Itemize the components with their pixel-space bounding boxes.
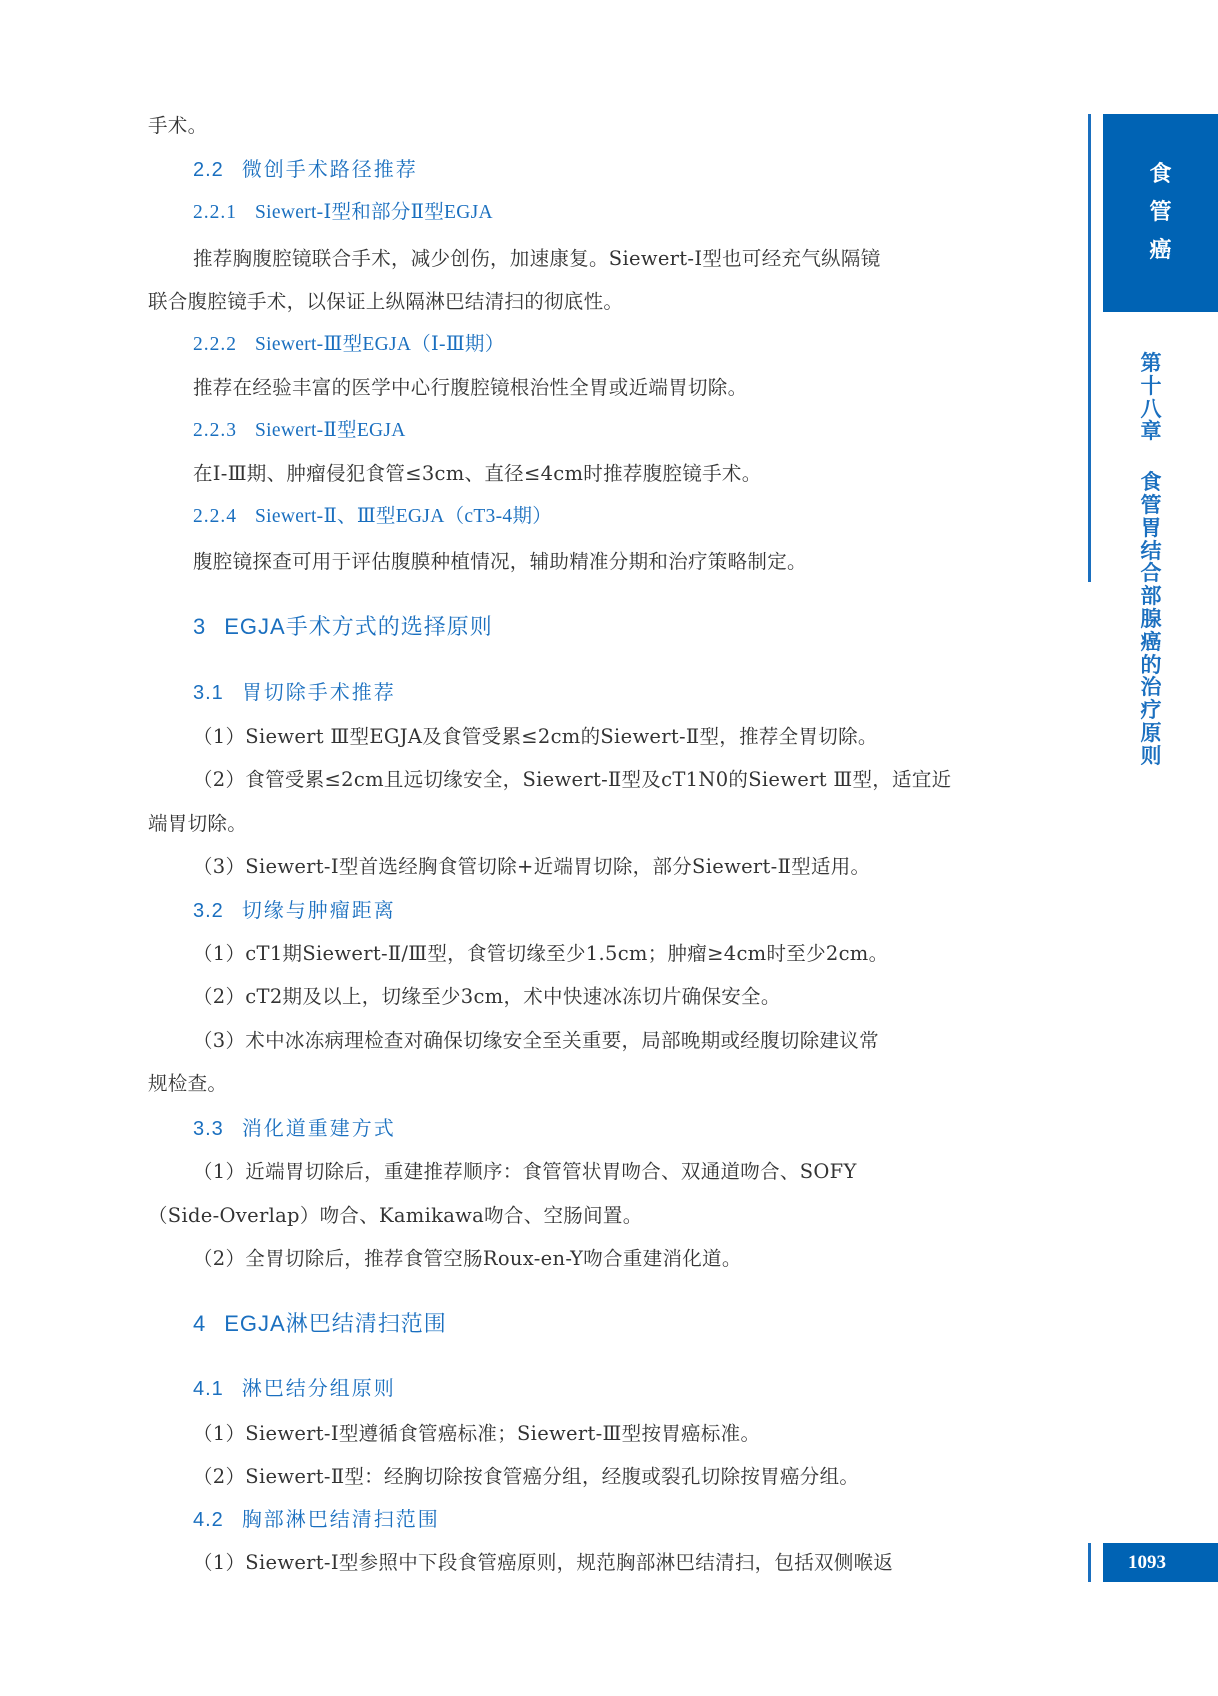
heading-number: 3.1	[193, 680, 224, 706]
text-line: （1）Siewert-Ⅰ型遵循食管癌标准；Siewert-Ⅲ型按胃癌标准。	[193, 1422, 760, 1445]
text-line: 腹腔镜探查可用于评估腹膜种植情况，辅助精准分期和治疗策略制定。	[193, 550, 807, 573]
subsection-heading: 4.2胸部淋巴结清扫范围	[193, 1507, 1018, 1533]
list-item: （1）cT1期Siewert-Ⅱ/Ⅲ型，食管切缘至少1.5cm；肿瘤≥4cm时至…	[193, 941, 1018, 967]
book-page: 手术。 2.2微创手术路径推荐 2.2.1Siewert-Ⅰ型和部分Ⅱ型EGJA…	[0, 0, 1218, 1696]
heading-number: 3.3	[193, 1116, 224, 1142]
subsubsection-heading: 2.2.2Siewert-Ⅲ型EGJA（Ⅰ-Ⅲ期）	[193, 332, 1018, 358]
heading-text: Siewert-Ⅱ型EGJA	[255, 420, 406, 441]
chapter-label-char: 章	[1135, 420, 1167, 443]
list-item: （1）Siewert-Ⅰ型遵循食管癌标准；Siewert-Ⅲ型按胃癌标准。	[193, 1421, 1018, 1447]
text-line: 联合腹腔镜手术，以保证上纵隔淋巴结清扫的彻底性。	[148, 290, 623, 313]
chapter-label-char: 八	[1135, 398, 1167, 421]
heading-number: 3	[193, 614, 206, 640]
chapter-title-char: 合	[1135, 562, 1167, 585]
text-line: （1）Siewert-Ⅰ型参照中下段食管癌原则，规范胸部淋巴结清扫，包括双侧喉返	[193, 1551, 893, 1574]
list-item: （3）Siewert-Ⅰ型首选经胸食管切除+近端胃切除，部分Siewert-Ⅱ型…	[193, 854, 1018, 880]
text-line: （3）术中冰冻病理检查对确保切缘安全至关重要，局部晚期或经腹切除建议常	[193, 1029, 879, 1052]
chapter-title-char: 管	[1135, 494, 1167, 517]
heading-text: Siewert-Ⅰ型和部分Ⅱ型EGJA	[255, 202, 493, 223]
text-line: （1）cT1期Siewert-Ⅱ/Ⅲ型，食管切缘至少1.5cm；肿瘤≥4cm时至…	[193, 942, 888, 965]
heading-text: Siewert-Ⅲ型EGJA（Ⅰ-Ⅲ期）	[255, 334, 505, 355]
chapter-thumb-tab: 食 管 癌	[1103, 114, 1218, 312]
text-line: （Side-Overlap）吻合、Kamikawa吻合、空肠间置。	[148, 1204, 643, 1227]
subsection-heading: 4.1淋巴结分组原则	[193, 1376, 1018, 1402]
list-item: （2）食管受累≤2cm且远切缘安全，Siewert-Ⅱ型及cT1N0的Siewe…	[193, 767, 1018, 793]
text-line: 端胃切除。	[148, 812, 247, 835]
heading-number: 2.2.4	[193, 504, 237, 530]
chapter-title-char: 腺	[1135, 608, 1167, 631]
chapter-title-char: 部	[1135, 585, 1167, 608]
heading-text: 胸部淋巴结清扫范围	[242, 1509, 440, 1531]
heading-number: 2.2.1	[193, 200, 237, 226]
text-line: 在Ⅰ-Ⅲ期、肿瘤侵犯食管≤3cm、直径≤4cm时推荐腹腔镜手术。	[193, 462, 762, 485]
chapter-label-char: 十	[1135, 375, 1167, 398]
page-number: 1093	[1103, 1543, 1218, 1582]
heading-number: 4.1	[193, 1376, 224, 1402]
heading-number: 2.2.3	[193, 418, 237, 444]
chapter-title-char: 则	[1135, 745, 1167, 768]
heading-text: Siewert-Ⅱ、Ⅲ型EGJA（cT3-4期）	[255, 506, 552, 527]
text-line: （3）Siewert-Ⅰ型首选经胸食管切除+近端胃切除，部分Siewert-Ⅱ型…	[193, 855, 870, 878]
running-chapter-title: 第 十 八 章 食 管 胃 结 合 部 腺 癌 的 治 疗 原 则	[1135, 352, 1167, 768]
heading-text: 微创手术路径推荐	[242, 159, 418, 181]
paragraph-continuation: 手术。	[148, 113, 1018, 139]
heading-text: 胃切除手术推荐	[242, 682, 396, 704]
heading-text: 消化道重建方式	[242, 1118, 396, 1140]
list-item: （2）Siewert-Ⅱ型：经胸切除按食管癌分组，经腹或裂孔切除按胃癌分组。	[193, 1464, 1018, 1490]
paragraph: 腹腔镜探查可用于评估腹膜种植情况，辅助精准分期和治疗策略制定。	[193, 549, 1018, 575]
chapter-title-char: 治	[1135, 676, 1167, 699]
chapter-title-char: 原	[1135, 722, 1167, 745]
section-heading: 3EGJA手术方式的选择原则	[193, 614, 1018, 640]
subsubsection-heading: 2.2.4Siewert-Ⅱ、Ⅲ型EGJA（cT3-4期）	[193, 504, 1018, 530]
chapter-title-char: 食	[1135, 471, 1167, 494]
heading-text: 切缘与肿瘤距离	[242, 900, 396, 922]
heading-text: EGJA手术方式的选择原则	[224, 614, 492, 639]
heading-number: 2.2.2	[193, 332, 237, 358]
chapter-title-char: 疗	[1135, 699, 1167, 722]
heading-number: 3.2	[193, 898, 224, 924]
chapter-title-char: 的	[1135, 654, 1167, 677]
heading-text: 淋巴结分组原则	[242, 1378, 396, 1400]
text-line: （2）cT2期及以上，切缘至少3cm，术中快速冰冻切片确保安全。	[193, 985, 781, 1008]
paragraph-continuation: 联合腹腔镜手术，以保证上纵隔淋巴结清扫的彻底性。	[148, 289, 1018, 315]
list-item: （1）Siewert-Ⅰ型参照中下段食管癌原则，规范胸部淋巴结清扫，包括双侧喉返	[193, 1550, 1018, 1576]
chapter-label-char: 第	[1135, 352, 1167, 375]
paragraph: 推荐胸腹腔镜联合手术，减少创伤，加速康复。Siewert-Ⅰ型也可经充气纵隔镜	[193, 246, 1018, 272]
paragraph-continuation: 端胃切除。	[148, 811, 1018, 837]
paragraph: 推荐在经验丰富的医学中心行腹腔镜根治性全胃或近端胃切除。	[193, 375, 1018, 401]
text-line: （1）近端胃切除后，重建推荐顺序：食管管状胃吻合、双通道吻合、SOFY	[193, 1160, 857, 1183]
tab-label-char: 管	[1149, 194, 1171, 232]
margin-divider-line-bottom	[1088, 1543, 1091, 1582]
text-line: 推荐胸腹腔镜联合手术，减少创伤，加速康复。Siewert-Ⅰ型也可经充气纵隔镜	[193, 247, 881, 270]
heading-number: 4.2	[193, 1507, 224, 1533]
spacer	[1135, 443, 1167, 471]
tab-label-char: 癌	[1149, 232, 1171, 270]
subsubsection-heading: 2.2.3Siewert-Ⅱ型EGJA	[193, 418, 1018, 444]
heading-number: 2.2	[193, 157, 224, 183]
section-heading: 4EGJA淋巴结清扫范围	[193, 1311, 1018, 1337]
subsection-heading: 3.2切缘与肿瘤距离	[193, 898, 1018, 924]
heading-text: EGJA淋巴结清扫范围	[224, 1311, 446, 1336]
text-line: 规检查。	[148, 1072, 227, 1095]
subsection-heading: 3.1胃切除手术推荐	[193, 680, 1018, 706]
margin-divider-line	[1088, 114, 1091, 582]
list-item: （2）cT2期及以上，切缘至少3cm，术中快速冰冻切片确保安全。	[193, 984, 1018, 1010]
list-item: （1）近端胃切除后，重建推荐顺序：食管管状胃吻合、双通道吻合、SOFY	[193, 1159, 1018, 1185]
text-line: （2）Siewert-Ⅱ型：经胸切除按食管癌分组，经腹或裂孔切除按胃癌分组。	[193, 1465, 859, 1488]
list-item: （1）Siewert Ⅲ型EGJA及食管受累≤2cm的Siewert-Ⅱ型，推荐…	[193, 724, 1018, 750]
paragraph: 在Ⅰ-Ⅲ期、肿瘤侵犯食管≤3cm、直径≤4cm时推荐腹腔镜手术。	[193, 461, 1018, 487]
paragraph-continuation: （Side-Overlap）吻合、Kamikawa吻合、空肠间置。	[148, 1203, 1018, 1229]
text-line: （2）食管受累≤2cm且远切缘安全，Siewert-Ⅱ型及cT1N0的Siewe…	[193, 768, 951, 791]
chapter-title-char: 癌	[1135, 631, 1167, 654]
text-line: 推荐在经验丰富的医学中心行腹腔镜根治性全胃或近端胃切除。	[193, 376, 747, 399]
list-item: （3）术中冰冻病理检查对确保切缘安全至关重要，局部晚期或经腹切除建议常	[193, 1028, 1018, 1054]
subsection-heading: 2.2微创手术路径推荐	[193, 157, 1018, 183]
text-line: （2）全胃切除后，推荐食管空肠Roux-en-Y吻合重建消化道。	[193, 1247, 742, 1270]
subsection-heading: 3.3消化道重建方式	[193, 1116, 1018, 1142]
list-item: （2）全胃切除后，推荐食管空肠Roux-en-Y吻合重建消化道。	[193, 1246, 1018, 1272]
text-line: （1）Siewert Ⅲ型EGJA及食管受累≤2cm的Siewert-Ⅱ型，推荐…	[193, 725, 878, 748]
paragraph-continuation: 规检查。	[148, 1071, 1018, 1097]
tab-label-char: 食	[1149, 156, 1171, 194]
heading-number: 4	[193, 1311, 206, 1337]
subsubsection-heading: 2.2.1Siewert-Ⅰ型和部分Ⅱ型EGJA	[193, 200, 1018, 226]
chapter-title-char: 结	[1135, 540, 1167, 563]
text-line: 手术。	[148, 114, 207, 137]
chapter-title-char: 胃	[1135, 517, 1167, 540]
